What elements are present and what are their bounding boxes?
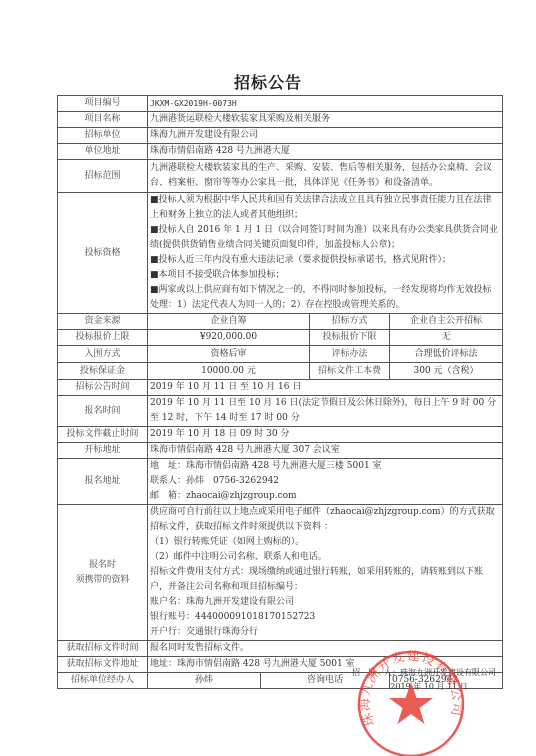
tender-unit-value: 珠海九洲开发建设有限公司 bbox=[148, 128, 503, 144]
row-tender-unit: 招标单位 珠海九洲开发建设有限公司 bbox=[58, 128, 503, 144]
label: 开标地址 bbox=[58, 443, 148, 459]
register-address-line: 地 址：珠海市情侣南路 428 号九洲港大厦三楼 5001 室 bbox=[150, 459, 500, 474]
label: 投标报价上限 bbox=[58, 330, 148, 346]
label: 单位地址 bbox=[58, 144, 148, 160]
row-register-address: 报名地址 地 址：珠海市情侣南路 428 号九洲港大厦三楼 5001 室 联系人… bbox=[58, 459, 503, 505]
materials-line: 开户行：交通银行珠海分行 bbox=[150, 625, 500, 640]
label: 项目名称 bbox=[58, 112, 148, 128]
register-address-value: 地 址：珠海市情侣南路 428 号九洲港大厦三楼 5001 室 联系人：孙炜 0… bbox=[148, 459, 503, 505]
label: 报名时 须携带的资料 bbox=[58, 505, 148, 641]
materials-line: 银行账号：444000091018170152723 bbox=[150, 610, 500, 625]
row-funding: 资金来源 企业自筹 招标方式 企业自主公开招标 bbox=[58, 314, 503, 330]
register-time-value: 2019 年 10 月 11 日至 10 月 16 日(法定节假日及公休日除外)… bbox=[148, 396, 503, 427]
row-deposit: 投标保证金 10000.00 元 招标文件工本费 300 元（含税） bbox=[58, 363, 503, 380]
page-title: 招标公告 bbox=[0, 70, 536, 93]
label: 招标方式 bbox=[310, 314, 390, 330]
project-name-value: 九洲港货运联检大楼软装家具采购及相关服务 bbox=[148, 112, 503, 128]
price-floor-value: 无 bbox=[390, 330, 503, 346]
label: 资金来源 bbox=[58, 314, 148, 330]
price-cap-value: ¥920,000.00 bbox=[148, 330, 310, 346]
label: 获取招标文件地址 bbox=[58, 657, 148, 673]
entry-method-value: 资格后审 bbox=[148, 346, 310, 363]
label: 获取招标文件时间 bbox=[58, 641, 148, 657]
row-project-no: 项目编号 JKXM-GX2019H-0073H bbox=[58, 96, 503, 112]
materials-line: （1）银行转账凭证（如网上购标的）。 bbox=[150, 535, 500, 550]
qualification-list: ■投标人须为根据中华人民共和国有关法律合法成立且具有独立民事责任能力且在法律上和… bbox=[148, 193, 503, 314]
qualification-item: ■本项目不接受联合体参加投标； bbox=[150, 268, 500, 283]
row-project-name: 项目名称 九洲港货运联检大楼软装家具采购及相关服务 bbox=[58, 112, 503, 128]
doc-fee-value: 300 元（含税） bbox=[390, 363, 503, 380]
doc-time-value: 报名同时发售招标文件。 bbox=[148, 641, 503, 657]
tenderer-signature: 招 标 人：珠海九洲开发建设有限公司 bbox=[352, 666, 496, 680]
label: 项目编号 bbox=[58, 96, 148, 112]
materials-list: 供应商可自行前往以上地点或采用电子邮件（zhaocai@zhjzgroup.co… bbox=[148, 505, 503, 641]
qualification-item: ■投标人须为根据中华人民共和国有关法律合法成立且具有独立民事责任能力且在法律上和… bbox=[150, 193, 500, 223]
label: 入围方式 bbox=[58, 346, 148, 363]
row-qualification: 投标资格 ■投标人须为根据中华人民共和国有关法律合法成立且具有独立民事责任能力且… bbox=[58, 193, 503, 314]
opening-address-value: 珠海市情侣南路 428 号九洲港大厦 307 会议室 bbox=[148, 443, 503, 459]
scope-value: 九洲港联检大楼软装家具的生产、采购、安装、售后等相关服务，包括办公桌椅、会议台、… bbox=[148, 160, 503, 193]
qualification-item: ■投标人自 2016 年 1 月 1 日（以合同签订时间为准）以来具有办公类家具… bbox=[150, 223, 500, 253]
signature-date: 2019 年 10 月 11 日 bbox=[352, 680, 496, 694]
project-no-value: JKXM-GX2019H-0073H bbox=[148, 96, 503, 112]
unit-address-value: 珠海市情侣南路 428 号九洲港大厦 bbox=[148, 144, 503, 160]
row-scope: 招标范围 九洲港联检大楼软装家具的生产、采购、安装、售后等相关服务，包括办公桌椅… bbox=[58, 160, 503, 193]
label: 报名地址 bbox=[58, 459, 148, 505]
row-materials: 报名时 须携带的资料 供应商可自行前往以上地点或采用电子邮件（zhaocai@z… bbox=[58, 505, 503, 641]
announce-time-value: 2019 年 10 月 11 日 至 10 月 16 日 bbox=[148, 380, 503, 396]
label: 投标资格 bbox=[58, 193, 148, 314]
qualification-item: ■两家或以上供应商有如下情况之一的，不得同时参加投标，一经发现将均作无效投标处理… bbox=[150, 283, 500, 313]
row-doc-time: 获取招标文件时间 报名同时发售招标文件。 bbox=[58, 641, 503, 657]
row-unit-address: 单位地址 珠海市情侣南路 428 号九洲港大厦 bbox=[58, 144, 503, 160]
label: 报名时间 bbox=[58, 396, 148, 427]
tender-notice-table: 项目编号 JKXM-GX2019H-0073H 项目名称 九洲港货运联检大楼软装… bbox=[57, 95, 503, 689]
label: 投标保证金 bbox=[58, 363, 148, 380]
label: 招标单位 bbox=[58, 128, 148, 144]
signature-block: 招 标 人：珠海九洲开发建设有限公司 2019 年 10 月 11 日 bbox=[352, 666, 496, 694]
register-email-line: 邮 箱：zhaocai@zhjzgroup.com bbox=[150, 489, 500, 504]
label: 招标单位经办人 bbox=[58, 673, 148, 689]
row-opening-address: 开标地址 珠海市情侣南路 428 号九洲港大厦 307 会议室 bbox=[58, 443, 503, 459]
materials-line: 供应商可自行前往以上地点或采用电子邮件（zhaocai@zhjzgroup.co… bbox=[150, 505, 500, 535]
evaluation-method-value: 合理低价评标法 bbox=[390, 346, 503, 363]
label: 招标范围 bbox=[58, 160, 148, 193]
materials-line: 账户名：珠海九洲开发建设有限公司 bbox=[150, 595, 500, 610]
row-entry-method: 入围方式 资格后审 评标办法 合理低价评标法 bbox=[58, 346, 503, 363]
materials-line: （2）邮件中注明公司名称、联系人和电话。 bbox=[150, 550, 500, 565]
row-register-time: 报名时间 2019 年 10 月 11 日至 10 月 16 日(法定节假日及公… bbox=[58, 396, 503, 427]
label: 投标报价下限 bbox=[310, 330, 390, 346]
qualification-item: ■投标人近三年内没有重大违法记录（要求提供投标承诺书，格式见附件）； bbox=[150, 253, 500, 268]
row-price-cap: 投标报价上限 ¥920,000.00 投标报价下限 无 bbox=[58, 330, 503, 346]
funding-value: 企业自筹 bbox=[148, 314, 310, 330]
tender-method-value: 企业自主公开招标 bbox=[390, 314, 503, 330]
row-deadline: 投标文件截止时间 2019 年 10 月 18 日 09 时 30 分 bbox=[58, 427, 503, 443]
handler-value: 孙炜 bbox=[148, 673, 261, 689]
deposit-value: 10000.00 元 bbox=[148, 363, 310, 380]
row-announce-time: 招标公告时间 2019 年 10 月 11 日 至 10 月 16 日 bbox=[58, 380, 503, 396]
materials-line: 招标文件费用支付方式：现场缴纳或通过银行转账，如采用转账的，请转账到以下账户，并… bbox=[150, 565, 500, 595]
label: 招标文件工本费 bbox=[310, 363, 390, 380]
register-contact-line: 联系人：孙炜 0756-3262942 bbox=[150, 474, 500, 489]
label: 评标办法 bbox=[310, 346, 390, 363]
deadline-value: 2019 年 10 月 18 日 09 时 30 分 bbox=[148, 427, 503, 443]
label: 投标文件截止时间 bbox=[58, 427, 148, 443]
label: 招标公告时间 bbox=[58, 380, 148, 396]
